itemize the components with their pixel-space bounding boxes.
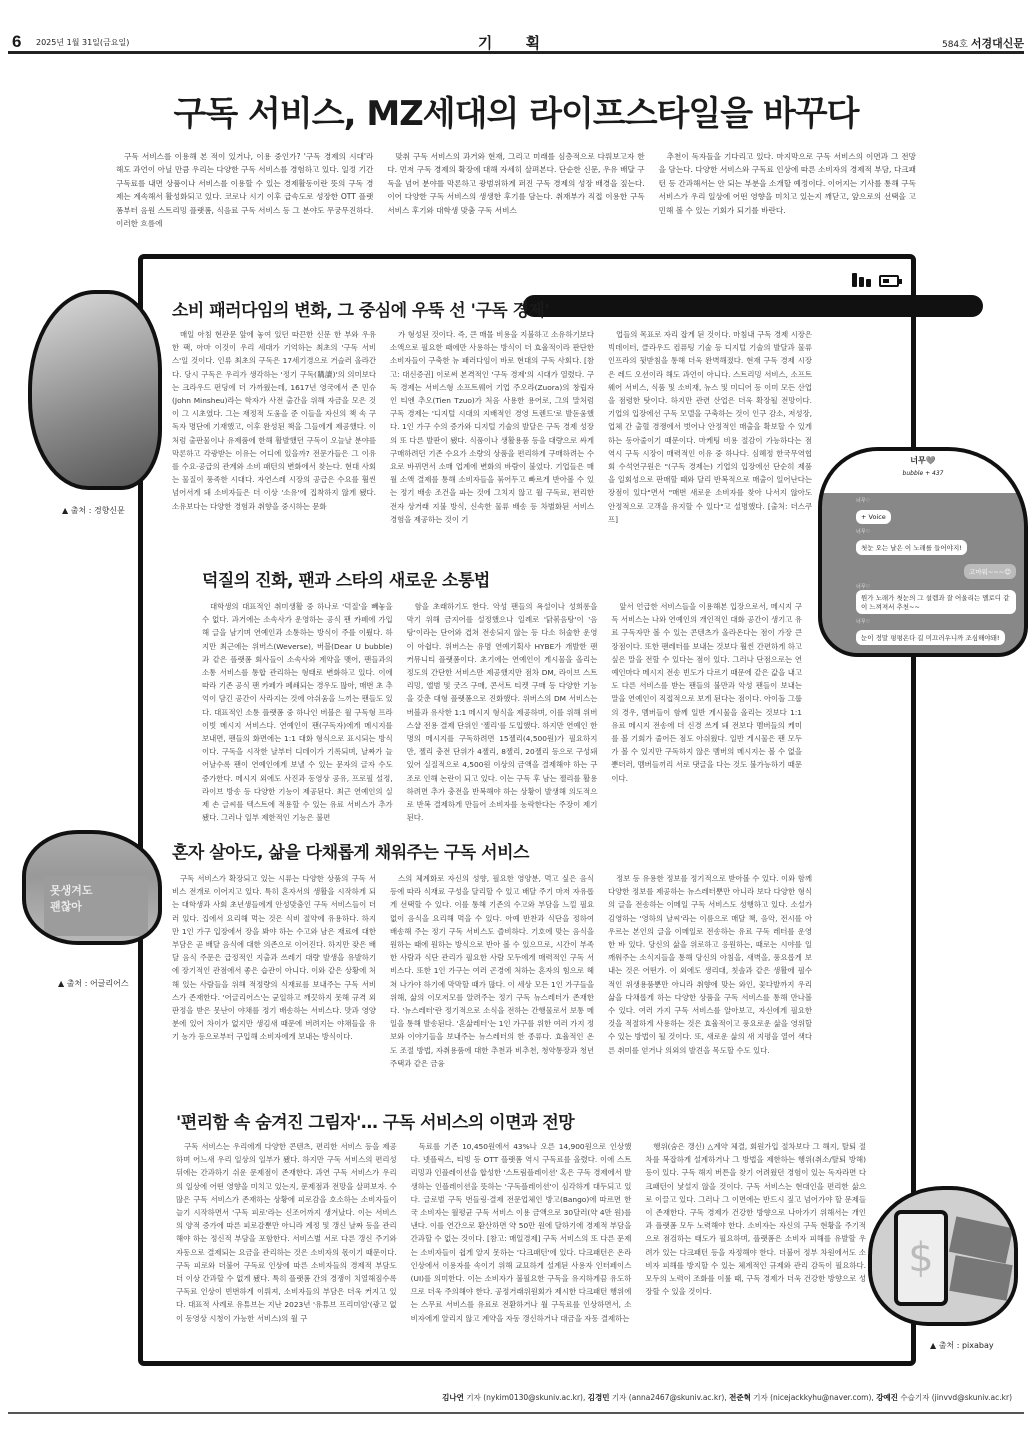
battery-icon xyxy=(879,275,899,287)
section-1-col-2: 가 형성된 것이다. 즉, 큰 매몰 비용을 지불하고 소유하기보다 소액으로 … xyxy=(390,328,594,526)
smartphone-money-illustration: $ xyxy=(868,1186,1018,1326)
lead-col-2: 맞춰 구독 서비스의 과거와 현재, 그리고 미래를 심층적으로 다뤄보고자 한… xyxy=(387,150,644,217)
section-4-col-1: 구독 서비스는 우리에게 다양한 콘텐츠, 편리한 서비스 등을 제공하며 어느… xyxy=(176,1140,397,1325)
bubble-app-chat-screenshot: 너무🩶 bubble + 437 너무♡+ Voice 너무♡첫눈 오는 날은 … xyxy=(818,447,1028,657)
byline: 김나연 기자 (nykim0130@skuniv.ac.kr), 김경민 기자 … xyxy=(442,1392,1012,1403)
section-body-3: 구독 서비스가 확장되고 있는 시류는 다양한 상품의 구독 서비스 전개로 이… xyxy=(172,872,812,1092)
section-title-1: 소비 패러다임의 변화, 그 중심에 우뚝 선 '구독 경제' xyxy=(172,296,549,321)
section-3-col-1: 구독 서비스가 확장되고 있는 시류는 다양한 상품의 구독 서비스 전개로 이… xyxy=(172,872,376,1044)
lead-paragraph: 구독 서비스를 이용해 본 적이 있거나, 이용 중인가? '구독 경제의 시대… xyxy=(116,150,916,230)
footer-divider xyxy=(8,1412,1024,1414)
smartphone-icon: $ xyxy=(894,1210,948,1306)
photo-caption-4: 출처 : pixabay xyxy=(930,1340,994,1351)
chat-artist-name: 너무🩶 xyxy=(822,455,1024,466)
section-body-1: 매일 아침 현관문 앞에 놓여 있던 따끈한 신문 한 부와 우유 한 팩, 아… xyxy=(172,328,812,538)
masthead: 6 2025년 1월 31일(금요일) 기 획 584호서경대신문 xyxy=(8,30,1024,54)
section-body-2: 대학생의 대표적인 취미생활 중 하나로 '덕질'을 빼놓을 수 없다. 과거에… xyxy=(202,600,802,815)
chat-message: 너무♡+ Voice xyxy=(856,497,1016,524)
chat-message: 너무♡눈이 정말 펑펑온다 길 미끄러우니까 조심해야돼! xyxy=(856,618,1016,645)
section-body-4: 구독 서비스는 우리에게 다양한 콘텐츠, 편리한 서비스 등을 제공하며 어느… xyxy=(176,1140,866,1360)
section-2-col-1: 대학생의 대표적인 취미생활 중 하나로 '덕질'을 빼놓을 수 없다. 과거에… xyxy=(202,600,393,824)
hand-illustration-right xyxy=(900,640,1020,1140)
section-label: 기 획 xyxy=(8,32,1024,53)
section-1-col-1: 매일 아침 현관문 앞에 놓여 있던 따끈한 신문 한 부와 우유 한 팩, 아… xyxy=(172,328,376,513)
issue-number: 584호 xyxy=(942,40,968,50)
signal-bars-icon xyxy=(852,273,871,287)
section-title-4: '편리함 속 숨겨진 그림자'… 구독 서비스의 이면과 전망 xyxy=(176,1108,574,1133)
chat-subscriber-count: bubble + 437 xyxy=(822,470,1024,477)
issue-info: 584호서경대신문 xyxy=(942,35,1024,51)
newspaper-delivery-photo xyxy=(28,290,162,490)
newspaper-logo: 서경대신문 xyxy=(971,37,1024,50)
lead-col-1: 구독 서비스를 이용해 본 적이 있거나, 이용 중인가? '구독 경제의 시대… xyxy=(116,150,373,230)
section-2-col-3: 앞서 언급한 서비스들을 이용해본 입장으로서, 메시지 구독 서비스는 나와 … xyxy=(611,600,802,785)
chat-message: 너무♡뭔가 노래가 첫눈의 그 설렘과 잘 어울리는 멜로디 같이 느껴져서 추… xyxy=(856,583,1016,614)
phone-notch xyxy=(523,295,983,317)
section-4-col-2: 독료를 기존 10,450원에서 43%나 오른 14,900원으로 인상했다.… xyxy=(411,1140,632,1325)
chat-message: 너무♡첫눈 오는 날은 이 노래를 들어야지! xyxy=(856,528,1016,555)
section-title-3: 혼자 살아도, 삶을 다채롭게 채워주는 구독 서비스 xyxy=(172,838,529,863)
phone-status-bar xyxy=(852,273,899,287)
page-title: 구독 서비스, MZ세대의 라이프스타일을 바꾸다 xyxy=(0,86,1032,135)
chat-header: 너무🩶 bubble + 437 xyxy=(822,451,1024,493)
chat-message-self: 고마워~~~😊 xyxy=(882,559,1016,579)
photo-caption-1: 출처 : 경향신문 xyxy=(62,505,125,516)
photo-caption-3: 출처 : 어글리어스 xyxy=(58,978,129,989)
vegetable-box-photo: 못생겨도괜찮아 xyxy=(22,830,162,945)
section-1-col-3: 업들의 목표로 자리 잡게 된 것이다. 마침내 구독 경제 시장은 빅데이터,… xyxy=(608,328,812,526)
section-2-col-2: 함을 초래하기도 한다. 악성 팬들의 욕설이나 성희롱을 막기 위해 금지어를… xyxy=(407,600,598,824)
lead-col-3: 추천이 독자들을 기다리고 있다. 마지막으로 구독 서비스의 이면과 그 전망… xyxy=(659,150,916,217)
section-3-col-2: 스의 체계화로 자신의 성향, 필요한 영양분, 먹고 싶은 음식 등에 따라 … xyxy=(390,872,594,1070)
produce-box: 못생겨도괜찮아 xyxy=(44,876,148,936)
section-title-2: 덕질의 진화, 팬과 스타의 새로운 소통법 xyxy=(202,566,490,591)
section-3-col-3: 정보 등 유용한 정보를 정기적으로 받아볼 수 있다. 이와 함께 다양한 정… xyxy=(608,872,812,1057)
section-4-col-3: 행위(숨은 갱신) △계약 체결, 회원가입 절차보다 그 해지, 탈퇴 절차를… xyxy=(645,1140,866,1298)
